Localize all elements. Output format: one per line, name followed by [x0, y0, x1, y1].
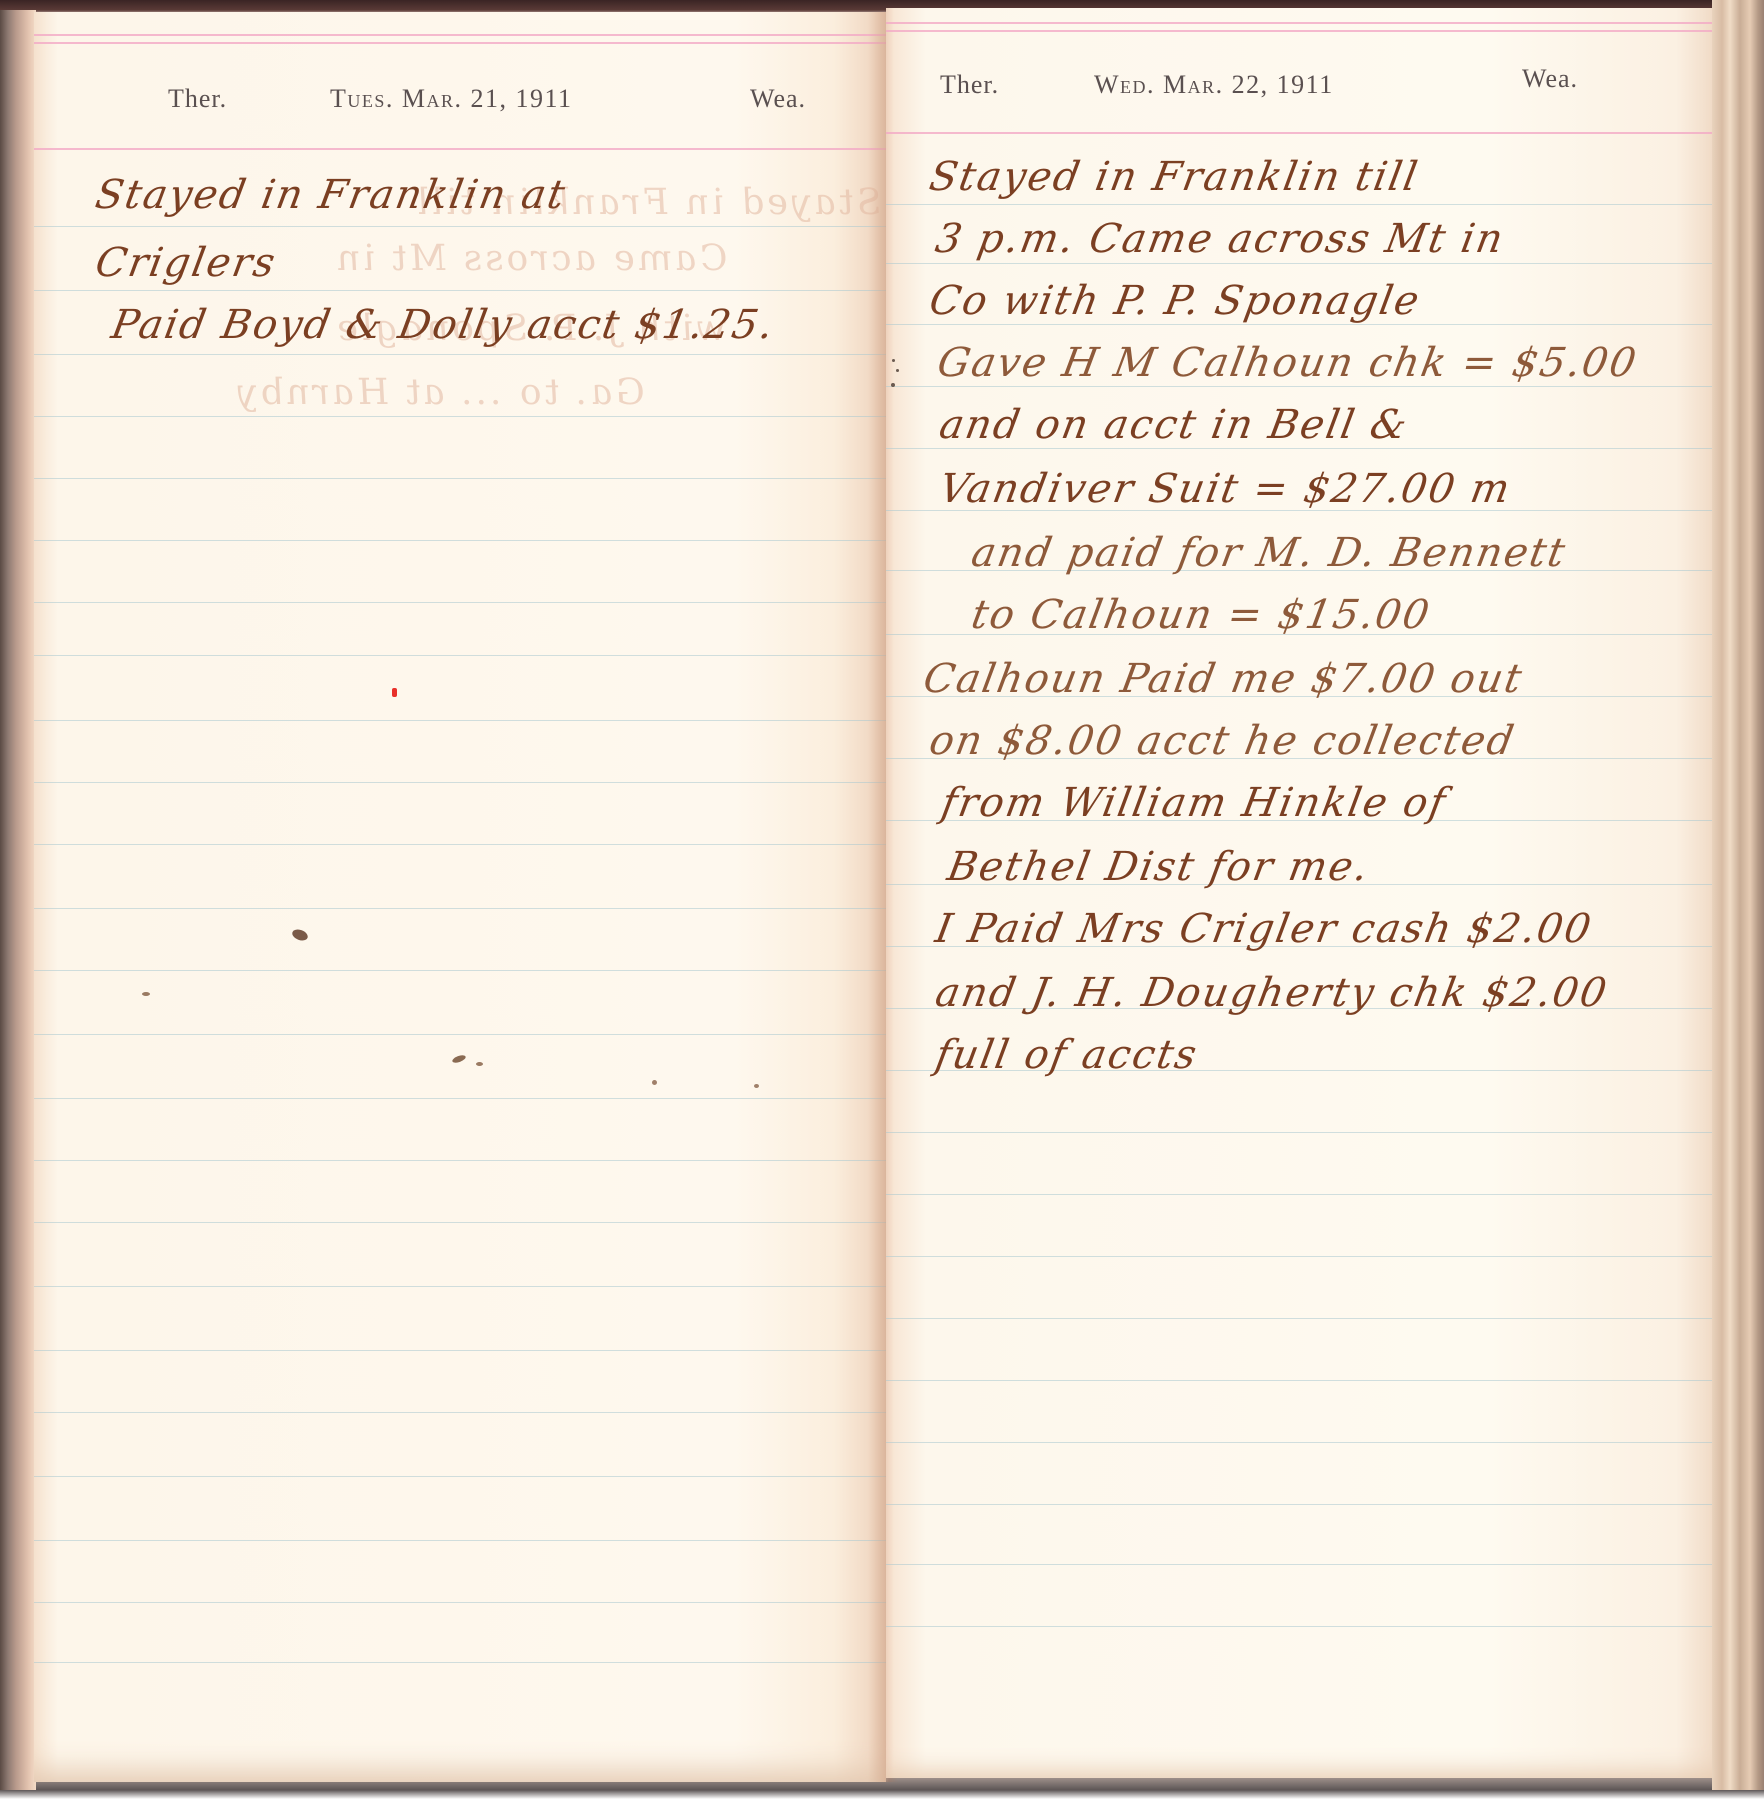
header-rule-top-2 — [34, 42, 886, 44]
header-rule-top-2 — [886, 30, 1712, 32]
ruled-line — [34, 1222, 886, 1223]
entry-line: Vandiver Suit = $27.00 m — [936, 466, 1515, 512]
ruled-line — [34, 720, 886, 721]
entry-line: Calhoun Paid me $7.00 out — [920, 656, 1527, 702]
stain — [451, 1054, 466, 1064]
ruled-line — [886, 1442, 1712, 1443]
entry-line: and paid for M. D. Bennett — [968, 530, 1570, 576]
right-page-header: Ther. Wed. Mar. 22, 1911 Wea. — [886, 70, 1712, 110]
left-page-header: Ther. Tues. Mar. 21, 1911 Wea. — [34, 84, 886, 124]
entry-line: and J. H. Dougherty chk $2.00 — [932, 970, 1612, 1016]
ruled-line — [34, 1540, 886, 1541]
ruled-line — [34, 226, 886, 227]
ruled-line — [34, 540, 886, 541]
ruled-line — [886, 1318, 1712, 1319]
entry-line: I Paid Mrs Crigler cash $2.00 — [932, 906, 1596, 952]
ruled-line — [34, 1476, 886, 1477]
ruled-line — [34, 1034, 886, 1035]
ruled-line — [34, 1412, 886, 1413]
header-rule-bottom — [886, 132, 1712, 134]
entry-line: Paid Boyd & Dolly acct $1.25. — [108, 302, 779, 348]
ruled-line — [34, 1098, 886, 1099]
stain — [652, 1080, 657, 1085]
entry-line: from William Hinkle of — [938, 780, 1451, 826]
header-rule-top — [886, 22, 1712, 24]
header-rule-bottom — [34, 148, 886, 150]
wea-label: Wea. — [750, 84, 806, 114]
ruled-line — [886, 1380, 1712, 1381]
left-page: Ther. Tues. Mar. 21, 1911 Wea. Stayed in… — [34, 12, 886, 1782]
entry-line: to Calhoun = $15.00 — [968, 592, 1435, 638]
ruled-line — [886, 448, 1712, 449]
ruled-line — [34, 655, 886, 656]
page-date: Wed. Mar. 22, 1911 — [1094, 70, 1334, 100]
wea-label: Wea. — [1522, 64, 1578, 94]
book-cover-left-edge — [0, 10, 36, 1790]
ruled-line — [34, 1350, 886, 1351]
ruled-line — [886, 1564, 1712, 1565]
ruled-line — [34, 908, 886, 909]
entry-line: Bethel Dist for me. — [944, 844, 1373, 890]
stain — [142, 992, 150, 996]
bleed-through-line: Ga. to ... at Harnby — [231, 372, 647, 413]
book-page-edges-right — [1712, 0, 1764, 1790]
ruled-line — [34, 1286, 886, 1287]
bleed-through-line: Came across Mt in — [331, 238, 730, 279]
entry-line: full of accts — [932, 1032, 1202, 1078]
ruled-line — [34, 416, 886, 417]
ruled-line — [34, 1662, 886, 1663]
header-rule-top — [34, 34, 886, 36]
ruled-line — [886, 386, 1712, 387]
ruled-line — [886, 1132, 1712, 1133]
ruled-line — [34, 844, 886, 845]
page-date: Tues. Mar. 21, 1911 — [330, 84, 573, 114]
ruled-line — [34, 970, 886, 971]
ruled-line — [34, 1160, 886, 1161]
ruled-line — [886, 1256, 1712, 1257]
entry-line: Co with P. P. Sponagle — [926, 278, 1424, 324]
ruled-line — [34, 478, 886, 479]
ruled-line — [886, 263, 1712, 264]
entry-line: Gave H M Calhoun chk = $5.00 — [934, 340, 1641, 386]
ruled-line — [34, 782, 886, 783]
diary-spread: Ther. Tues. Mar. 21, 1911 Wea. Stayed in… — [0, 0, 1764, 1799]
ruled-line — [34, 602, 886, 603]
gutter-specks — [890, 355, 902, 395]
ruled-line — [34, 1602, 886, 1603]
entry-line: and on acct in Bell & — [936, 402, 1412, 448]
stain — [476, 1062, 483, 1066]
ruled-line — [886, 1504, 1712, 1505]
entry-line: Stayed in Franklin at — [92, 172, 570, 218]
ruled-line — [886, 324, 1712, 325]
stain — [291, 928, 309, 943]
ink-speck — [392, 688, 397, 697]
ruled-line — [886, 1626, 1712, 1627]
stain — [754, 1084, 759, 1088]
ther-label: Ther. — [940, 70, 999, 100]
entry-line: Criglers — [92, 240, 280, 286]
ther-label: Ther. — [168, 84, 227, 114]
ruled-line — [886, 204, 1712, 205]
ruled-line — [886, 1194, 1712, 1195]
ruled-line — [34, 354, 886, 355]
entry-line: Stayed in Franklin till — [926, 154, 1423, 200]
entry-line: 3 p.m. Came across Mt in — [932, 216, 1508, 262]
right-page: Ther. Wed. Mar. 22, 1911 Wea. Stayed in … — [886, 8, 1712, 1778]
ruled-line — [34, 290, 886, 291]
entry-line: on $8.00 acct he collected — [926, 718, 1519, 764]
